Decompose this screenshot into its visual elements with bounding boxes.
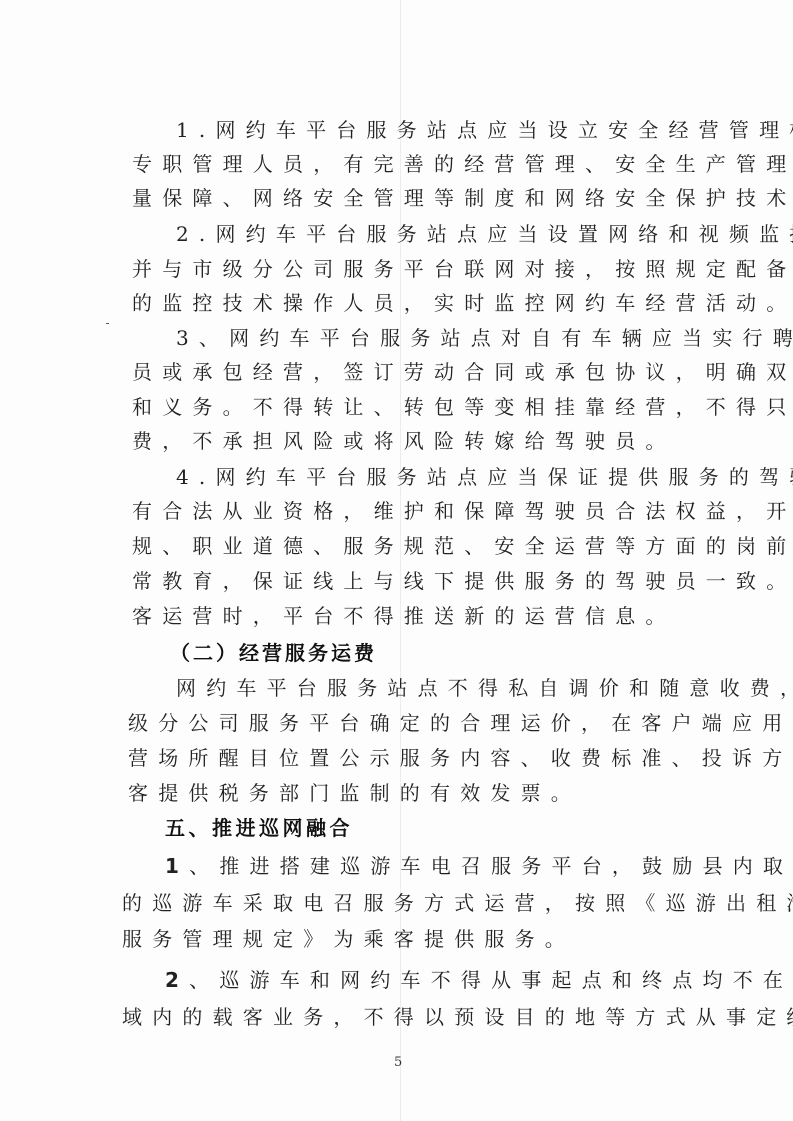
scan-speck xyxy=(106,323,109,324)
paragraph-6-line-1-text: 、推进搭建巡游车电召服务平台，鼓励县内取得许可 xyxy=(189,854,793,878)
section-heading-five: 五、推进巡网融合 xyxy=(165,815,353,841)
paragraph-7-line-1-text: 、巡游车和网约车不得从事起点和终点均不在本县区 xyxy=(189,968,793,992)
paragraph-6-line-1: 1、推进搭建巡游车电召服务平台，鼓励县内取得许可 xyxy=(165,853,793,879)
paragraph-3-line-2: 员或承包经营，签订劳动合同或承包协议，明确双方的权利 xyxy=(132,359,793,385)
paragraph-5-line-4: 客提供税务部门监制的有效发票。 xyxy=(128,780,581,806)
paragraph-4-line-4: 常教育，保证线上与线下提供服务的驾驶员一致。驾驶员载 xyxy=(132,568,793,594)
paragraph-1-line-2: 专职管理人员，有完善的经营管理、安全生产管理、服务质 xyxy=(132,151,793,177)
page-number: 5 xyxy=(394,1055,402,1070)
paragraph-5-line-1: 网约车平台服务站点不得私自调价和随意收费，按照市 xyxy=(176,675,793,701)
paragraph-1-line-1: 1.网约车平台服务站点应当设立安全经营管理机构和 xyxy=(176,117,793,143)
paragraph-2-line-3: 的监控技术操作人员，实时监控网约车经营活动。 xyxy=(132,290,793,316)
paragraph-2-line-2: 并与市级分公司服务平台联网对接，按照规定配备符合条件 xyxy=(132,256,793,282)
paragraph-6-line-3: 服务管理规定》为乘客提供服务。 xyxy=(122,926,575,952)
paragraph-6-line-2: 的巡游车采取电召服务方式运营，按照《巡游出租汽车经营 xyxy=(122,890,793,916)
paragraph-2-line-1: 2.网约车平台服务站点应当设置网络和视频监控岗位， xyxy=(176,221,793,247)
paragraph-7-line-2: 域内的载客业务，不得以预设目的地等方式从事定线运输。 xyxy=(122,1004,793,1030)
paragraph-3-line-3: 和义务。不得转让、转包等变相挂靠经营，不得只收取管理 xyxy=(132,394,793,420)
item-number: 2 xyxy=(165,968,189,992)
paragraph-7-line-1: 2、巡游车和网约车不得从事起点和终点均不在本县区 xyxy=(165,967,793,993)
paragraph-1-line-3: 量保障、网络安全管理等制度和网络安全保护技术措施。 xyxy=(132,185,793,211)
document-page: 1.网约车平台服务站点应当设立安全经营管理机构和 专职管理人员，有完善的经营管理… xyxy=(0,0,793,1121)
paragraph-3-line-4: 费，不承担风险或将风险转嫁给驾驶员。 xyxy=(132,428,676,454)
subheading-fare: （二）经营服务运费 xyxy=(170,640,377,666)
paragraph-4-line-3: 规、职业道德、服务规范、安全运营等方面的岗前培训和日 xyxy=(132,533,793,559)
paragraph-4-line-5: 客运营时，平台不得推送新的运营信息。 xyxy=(132,603,676,629)
paragraph-4-line-2: 有合法从业资格，维护和保障驾驶员合法权益，开展法律法 xyxy=(132,498,793,524)
paragraph-4-line-1: 4.网约车平台服务站点应当保证提供服务的驾驶员具 xyxy=(176,464,793,490)
paragraph-3-line-1: 3、网约车平台服务站点对自有车辆应当实行聘用驾驶 xyxy=(176,325,793,351)
paragraph-5-line-2: 级分公司服务平台确定的合理运价，在客户端应用程序和经 xyxy=(128,710,793,736)
item-number: 1 xyxy=(165,854,189,878)
paragraph-5-line-3: 营场所醒目位置公示服务内容、收费标准、投诉方式，向乘 xyxy=(128,745,793,771)
